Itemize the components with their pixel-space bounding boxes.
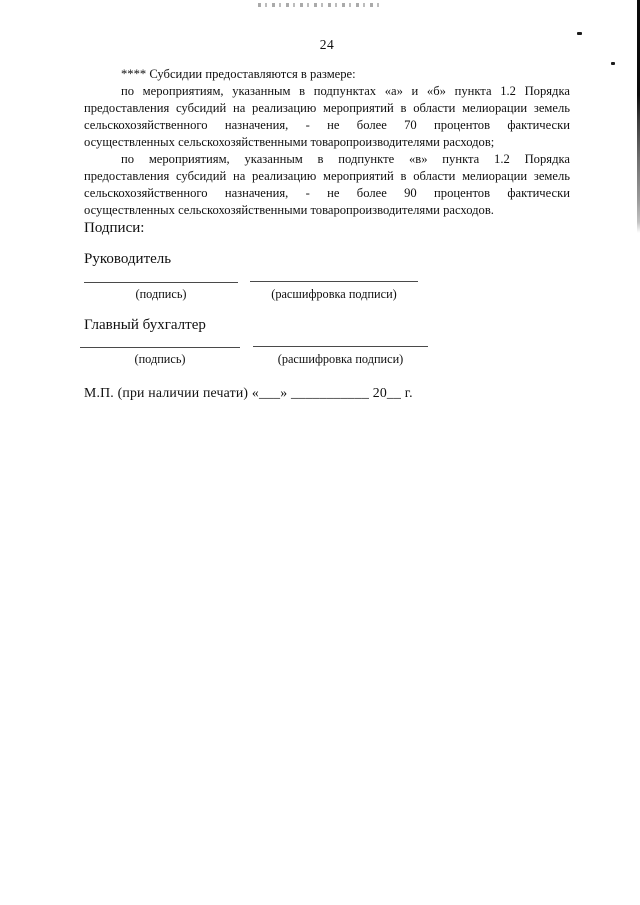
scan-speck	[577, 32, 582, 35]
role-director: Руководитель	[84, 251, 171, 268]
paragraph-line: по мероприятиям, указанным в подпунктах …	[84, 83, 570, 100]
stamp-date-line: М.П. (при наличии печати) «___» ________…	[84, 385, 413, 401]
signature-line-director-decode	[250, 281, 418, 282]
paragraph-line: предоставления субсидий на реализацию ме…	[84, 100, 570, 117]
signatures-heading: Подписи:	[84, 220, 144, 237]
signature-decode-label: (расшифровка подписи)	[250, 287, 418, 301]
signature-label: (подпись)	[80, 352, 240, 366]
paragraph-line: сельскохозяйственного назначения, - не б…	[84, 117, 570, 134]
paragraph-line: осуществленных сельскохозяйственными тов…	[84, 202, 570, 219]
paragraph-line: предоставления субсидий на реализацию ме…	[84, 168, 570, 185]
signature-decode-label: (расшифровка подписи)	[253, 352, 428, 366]
document-page: 24 **** Субсидии предоставляются в разме…	[0, 0, 640, 905]
signature-label: (подпись)	[84, 287, 238, 301]
page-number: 24	[84, 37, 570, 53]
scan-speck	[611, 62, 615, 65]
signature-line-accountant-decode	[253, 346, 428, 347]
paragraph-line: осуществленных сельскохозяйственными тов…	[84, 134, 570, 151]
footnote-intro-line: **** Субсидии предоставляются в размере:	[84, 66, 570, 83]
scan-noise-top	[258, 3, 380, 7]
paragraph-line: по мероприятиям, указанным в подпункте «…	[84, 151, 570, 168]
role-chief-accountant: Главный бухгалтер	[84, 317, 206, 334]
body-text: **** Субсидии предоставляются в размере:…	[84, 66, 570, 219]
paragraph-line: сельскохозяйственного назначения, - не б…	[84, 185, 570, 202]
signature-line-accountant-signature	[80, 347, 240, 348]
signature-line-director-signature	[84, 282, 238, 283]
